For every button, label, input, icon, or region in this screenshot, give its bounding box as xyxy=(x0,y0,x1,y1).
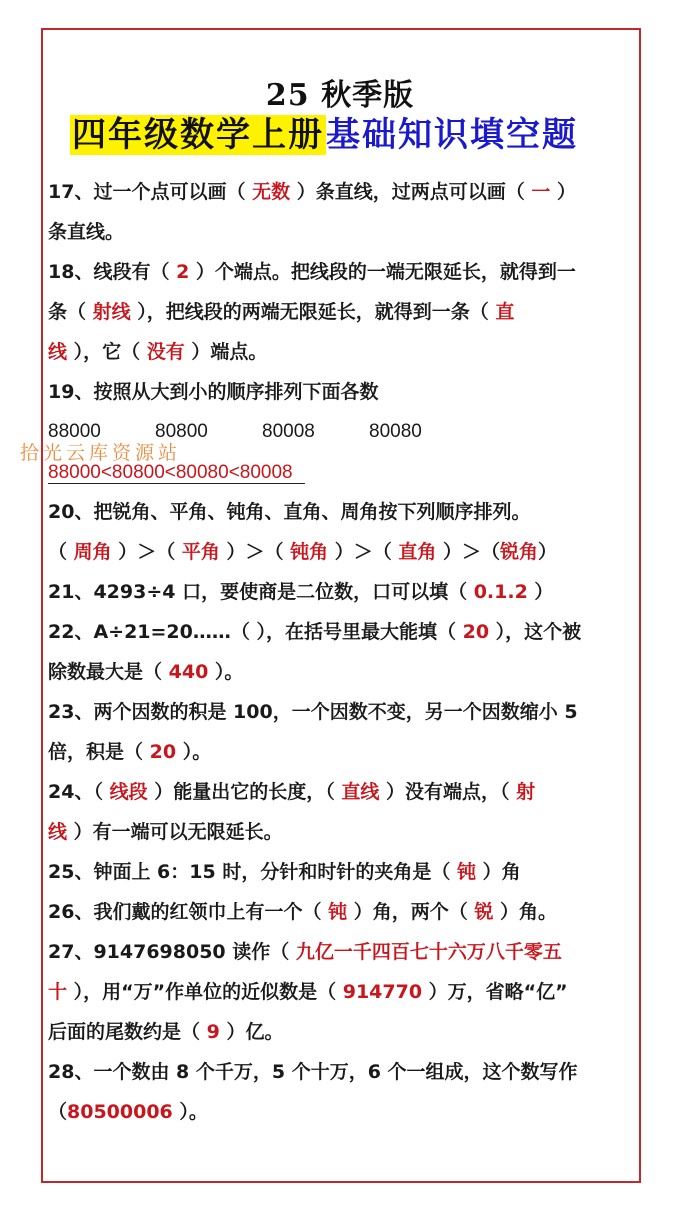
q27-text: ）亿。 xyxy=(220,1021,284,1043)
q19-text: 19、按照从大到小的顺序排列下面各数 xyxy=(48,381,378,403)
q27-line-3: 后面的尾数约是（ 9 ）亿。 xyxy=(48,1012,638,1052)
q22-text: 除数最大是（ xyxy=(48,661,169,683)
q27-answer-3: 9 xyxy=(207,1021,220,1043)
q24-answer-2: 直线 xyxy=(341,781,379,803)
q27-text: ）万，省略“亿” xyxy=(422,981,568,1003)
q27-text: ），用“万”作单位的近似数是（ xyxy=(67,981,343,1003)
q18-text: 条（ xyxy=(48,301,93,323)
q27-text: 27、9147698050 读作（ xyxy=(48,941,296,963)
q18-answer-4: 没有 xyxy=(147,341,185,363)
q17-line-2: 条直线。 xyxy=(48,212,638,252)
q26-text: ）角，两个（ xyxy=(347,901,474,923)
q21-line: 21、4293÷4 口，要使商是二位数，口可以填（ 0.1.2 ） xyxy=(48,572,638,612)
subtitle-blue: 基础知识填空题 xyxy=(326,115,578,155)
q20-text: 20、把锐角、平角、钝角、直角、周角按下列顺序排列。 xyxy=(48,501,530,523)
q28-answer: 80500006 xyxy=(67,1101,173,1123)
q19-prompt: 19、按照从大到小的顺序排列下面各数 xyxy=(48,372,638,412)
q23-text: ）。 xyxy=(176,741,211,763)
gt-sign: ）＞（ xyxy=(436,541,500,563)
q23-answer: 20 xyxy=(150,741,176,763)
q20-answer-5: 锐角 xyxy=(500,541,538,563)
q20-prompt: 20、把锐角、平角、钝角、直角、周角按下列顺序排列。 xyxy=(48,492,638,532)
q27-answer-1: 九亿一千四百七十六万八千零五 xyxy=(296,941,562,963)
q18-answer-3: 直 xyxy=(495,301,514,323)
q18-answer-1: 2 xyxy=(176,261,189,283)
q18-line-2: 条（ 射线 ），把线段的两端无限延长，就得到一条（ 直 xyxy=(48,292,638,332)
q22-answer-2: 440 xyxy=(169,661,209,683)
q28-line-1: 28、一个数由 8 个千万，5 个十万，6 个一组成，这个数写作 xyxy=(48,1052,638,1092)
page-subtitle: 四年级数学上册基础知识填空题 xyxy=(70,112,578,158)
q28-line-2: （80500006 ）。 xyxy=(48,1092,638,1132)
q27-line-2: 十 ），用“万”作单位的近似数是（ 914770 ）万，省略“亿” xyxy=(48,972,638,1012)
paren: （ xyxy=(48,541,74,563)
q20-answer-3: 钝角 xyxy=(290,541,328,563)
q24-answer-3-cont: 线 xyxy=(48,821,67,843)
watermark: 拾光云库资源站 xyxy=(20,438,181,465)
q23-text: 倍，积是（ xyxy=(48,741,150,763)
q18-text: 18、线段有（ xyxy=(48,261,176,283)
q26-text: ）角。 xyxy=(493,901,557,923)
q24-answer-1: 线段 xyxy=(110,781,148,803)
q26-answer-2: 锐 xyxy=(474,901,493,923)
q22-text: 22、A÷21=20……（ ），在括号里最大能填（ xyxy=(48,621,463,643)
q20-answers: （ 周角 ）＞（ 平角 ）＞（ 钝角 ）＞（ 直角 ）＞（锐角） xyxy=(48,532,638,572)
q27-answer-2: 914770 xyxy=(343,981,422,1003)
q25-text: 25、钟面上 6：15 时，分针和时针的夹角是（ xyxy=(48,861,457,883)
q24-text: ）有一端可以无限延长。 xyxy=(67,821,283,843)
q23-line-2: 倍，积是（ 20 ）。 xyxy=(48,732,638,772)
q21-text: 21、4293÷4 口，要使商是二位数，口可以填（ xyxy=(48,581,474,603)
q25-answer: 钝 xyxy=(457,861,476,883)
q25-line: 25、钟面上 6：15 时，分针和时针的夹角是（ 钝 ）角 xyxy=(48,852,638,892)
q18-line-1: 18、线段有（ 2 ）个端点。把线段的一端无限延长，就得到一 xyxy=(48,252,638,292)
q25-text: ）角 xyxy=(476,861,521,883)
q24-text: ）没有端点，（ xyxy=(379,781,516,803)
q27-answer-1-cont: 十 xyxy=(48,981,67,1003)
q24-line-1: 24、（ 线段 ）能量出它的长度，（ 直线 ）没有端点，（ 射 xyxy=(48,772,638,812)
q26-line: 26、我们戴的红领巾上有一个（ 钝 ）角，两个（ 锐 ）角。 xyxy=(48,892,638,932)
q26-text: 26、我们戴的红领巾上有一个（ xyxy=(48,901,328,923)
q22-line-1: 22、A÷21=20……（ ），在括号里最大能填（ 20 ），这个被 xyxy=(48,612,638,652)
q17-answer-2: 一 xyxy=(531,181,550,203)
q18-text: ）端点。 xyxy=(185,341,268,363)
q24-text: 24、（ xyxy=(48,781,110,803)
q18-text: ），把线段的两端无限延长，就得到一条（ xyxy=(131,301,496,323)
q22-answer-1: 20 xyxy=(463,621,489,643)
q21-text: ） xyxy=(528,581,554,603)
gt-sign: ）＞（ xyxy=(220,541,290,563)
q17-text: ）条直线，过两点可以画（ xyxy=(290,181,531,203)
q18-text: ）个端点。把线段的一端无限延长，就得到一 xyxy=(189,261,576,283)
q27-line-1: 27、9147698050 读作（ 九亿一千四百七十六万八千零五 xyxy=(48,932,638,972)
q20-answer-2: 平角 xyxy=(182,541,220,563)
q17-line-1: 17、过一个点可以画（ 无数 ）条直线，过两点可以画（ 一 ） xyxy=(48,172,638,212)
q19-number: 80080 xyxy=(369,412,476,452)
q22-text: ）。 xyxy=(208,661,243,683)
q20-answer-4: 直角 xyxy=(398,541,436,563)
subtitle-highlight: 四年级数学上册 xyxy=(70,115,326,155)
q22-line-2: 除数最大是（ 440 ）。 xyxy=(48,652,638,692)
q18-line-3: 线 ），它（ 没有 ）端点。 xyxy=(48,332,638,372)
page-title: 25 秋季版 xyxy=(0,70,680,114)
q17-text: 条直线。 xyxy=(48,221,124,243)
q28-text: （ xyxy=(48,1101,67,1123)
q24-line-2: 线 ）有一端可以无限延长。 xyxy=(48,812,638,852)
q28-text: ）。 xyxy=(173,1101,208,1123)
question-list: 17、过一个点可以画（ 无数 ）条直线，过两点可以画（ 一 ） 条直线。 18、… xyxy=(48,172,638,1132)
q22-text: ），这个被 xyxy=(489,621,581,643)
q17-answer-1: 无数 xyxy=(252,181,290,203)
q20-answer-1: 周角 xyxy=(74,541,112,563)
q28-text: 28、一个数由 8 个千万，5 个十万，6 个一组成，这个数写作 xyxy=(48,1061,578,1083)
q21-answer: 0.1.2 xyxy=(474,581,528,603)
q26-answer-1: 钝 xyxy=(328,901,347,923)
q18-answer-2: 射线 xyxy=(93,301,131,323)
q24-answer-3: 射 xyxy=(516,781,535,803)
q23-text: 23、两个因数的积是 100，一个因数不变，另一个因数缩小 5 xyxy=(48,701,578,723)
gt-sign: ）＞（ xyxy=(112,541,182,563)
q24-text: ）能量出它的长度，（ xyxy=(148,781,342,803)
q19-number: 80008 xyxy=(262,412,369,452)
q19-answer: 88000<80800<80080<80008 xyxy=(48,463,305,484)
gt-sign: ）＞（ xyxy=(328,541,398,563)
paren: ） xyxy=(538,541,557,563)
q23-line-1: 23、两个因数的积是 100，一个因数不变，另一个因数缩小 5 xyxy=(48,692,638,732)
q18-text: ），它（ xyxy=(67,341,147,363)
q17-text: 17、过一个点可以画（ xyxy=(48,181,252,203)
q27-text: 后面的尾数约是（ xyxy=(48,1021,207,1043)
q17-text: ） xyxy=(550,181,576,203)
q18-answer-3-cont: 线 xyxy=(48,341,67,363)
